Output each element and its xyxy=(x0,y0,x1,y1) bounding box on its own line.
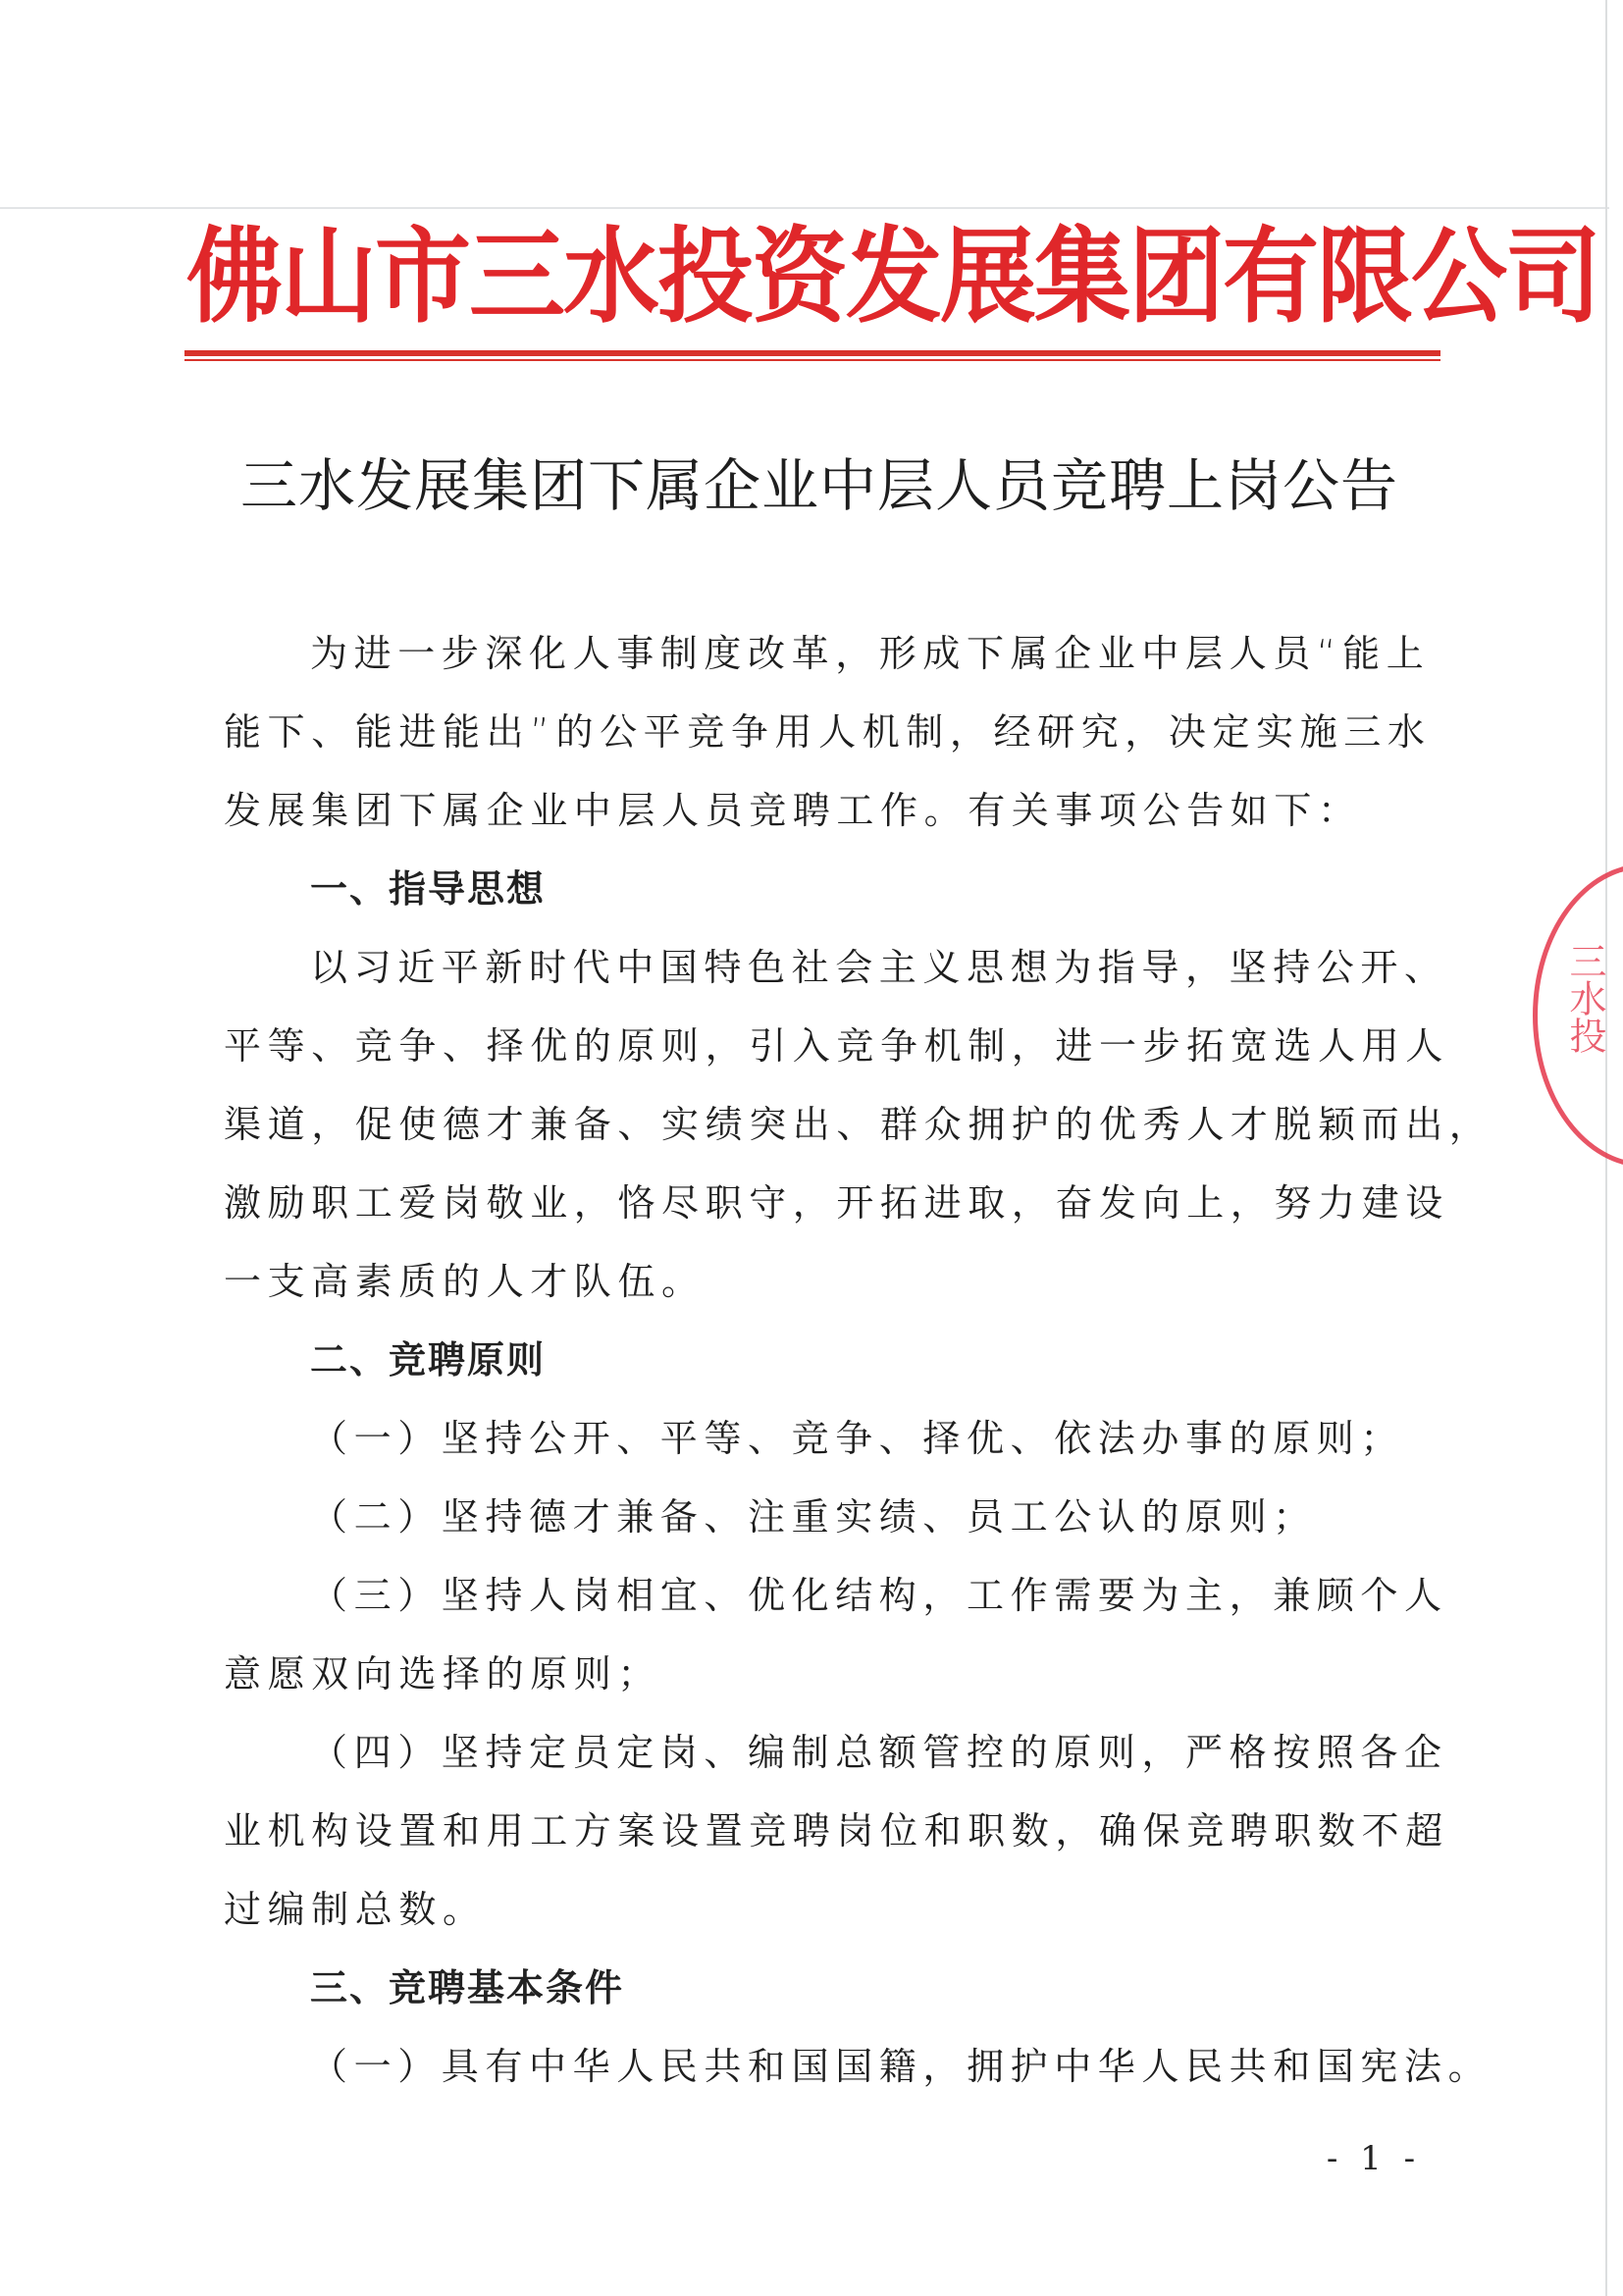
principle-item-continued: 过编制总数。 xyxy=(224,1870,1421,1949)
principle-item: （四）坚持定员定岗、编制总额管控的原则，严格按照各企 xyxy=(224,1713,1421,1792)
principle-item-continued: 业机构设置和用工方案设置竞聘岗位和职数，确保竞聘职数不超 xyxy=(224,1792,1421,1870)
principle-item-continued: 意愿双向选择的原则； xyxy=(224,1635,1421,1713)
principle-item: （三）坚持人岗相宜、优化结构，工作需要为主，兼顾个人 xyxy=(224,1556,1421,1635)
official-seal-text: 三水投 xyxy=(1560,942,1609,1054)
letterhead-organization: 佛山市三水投资发展集团有限公司 xyxy=(186,214,1423,341)
principle-item: （二）坚持德才兼备、注重实绩、员工公认的原则； xyxy=(224,1478,1421,1556)
letterhead-red-rule xyxy=(184,350,1440,356)
document-body: 为进一步深化人事制度改革，形成下属企业中层人员“能上 能下、能进能出”的公平竞争… xyxy=(224,614,1421,2106)
section-heading-guiding-ideology: 一、指导思想 xyxy=(224,850,1421,928)
section-line: 平等、竞争、择优的原则，引入竞争机制，进一步拓宽选人用人 xyxy=(224,1007,1421,1085)
section-line: 激励职工爱岗敬业，恪尽职守，开拓进取，奋发向上，努力建设 xyxy=(224,1164,1421,1242)
section-heading-principles: 二、竞聘原则 xyxy=(224,1321,1421,1399)
intro-line: 为进一步深化人事制度改革，形成下属企业中层人员“能上 xyxy=(224,614,1421,693)
scan-edge-top xyxy=(0,207,1609,209)
principle-item: （一）坚持公开、平等、竞争、择优、依法办事的原则； xyxy=(224,1399,1421,1478)
section-line: 一支高素质的人才队伍。 xyxy=(224,1242,1421,1321)
section-line: 以习近平新时代中国特色社会主义思想为指导，坚持公开、 xyxy=(224,928,1421,1007)
page-number: - 1 - xyxy=(1315,2139,1433,2178)
document-title: 三水发展集团下属企业中层人员竞聘上岗公告 xyxy=(216,446,1423,525)
section-line: 渠道，促使德才兼备、实绩突出、群众拥护的优秀人才脱颖而出， xyxy=(224,1085,1421,1164)
condition-item: （一）具有中华人民共和国国籍，拥护中华人民共和国宪法。 xyxy=(224,2027,1421,2106)
section-heading-basic-conditions: 三、竞聘基本条件 xyxy=(224,1949,1421,2027)
intro-line: 发展集团下属企业中层人员竞聘工作。有关事项公告如下： xyxy=(224,771,1421,850)
intro-line: 能下、能进能出”的公平竞争用人机制，经研究，决定实施三水 xyxy=(224,693,1421,771)
letterhead-red-rule-thin xyxy=(184,359,1440,361)
